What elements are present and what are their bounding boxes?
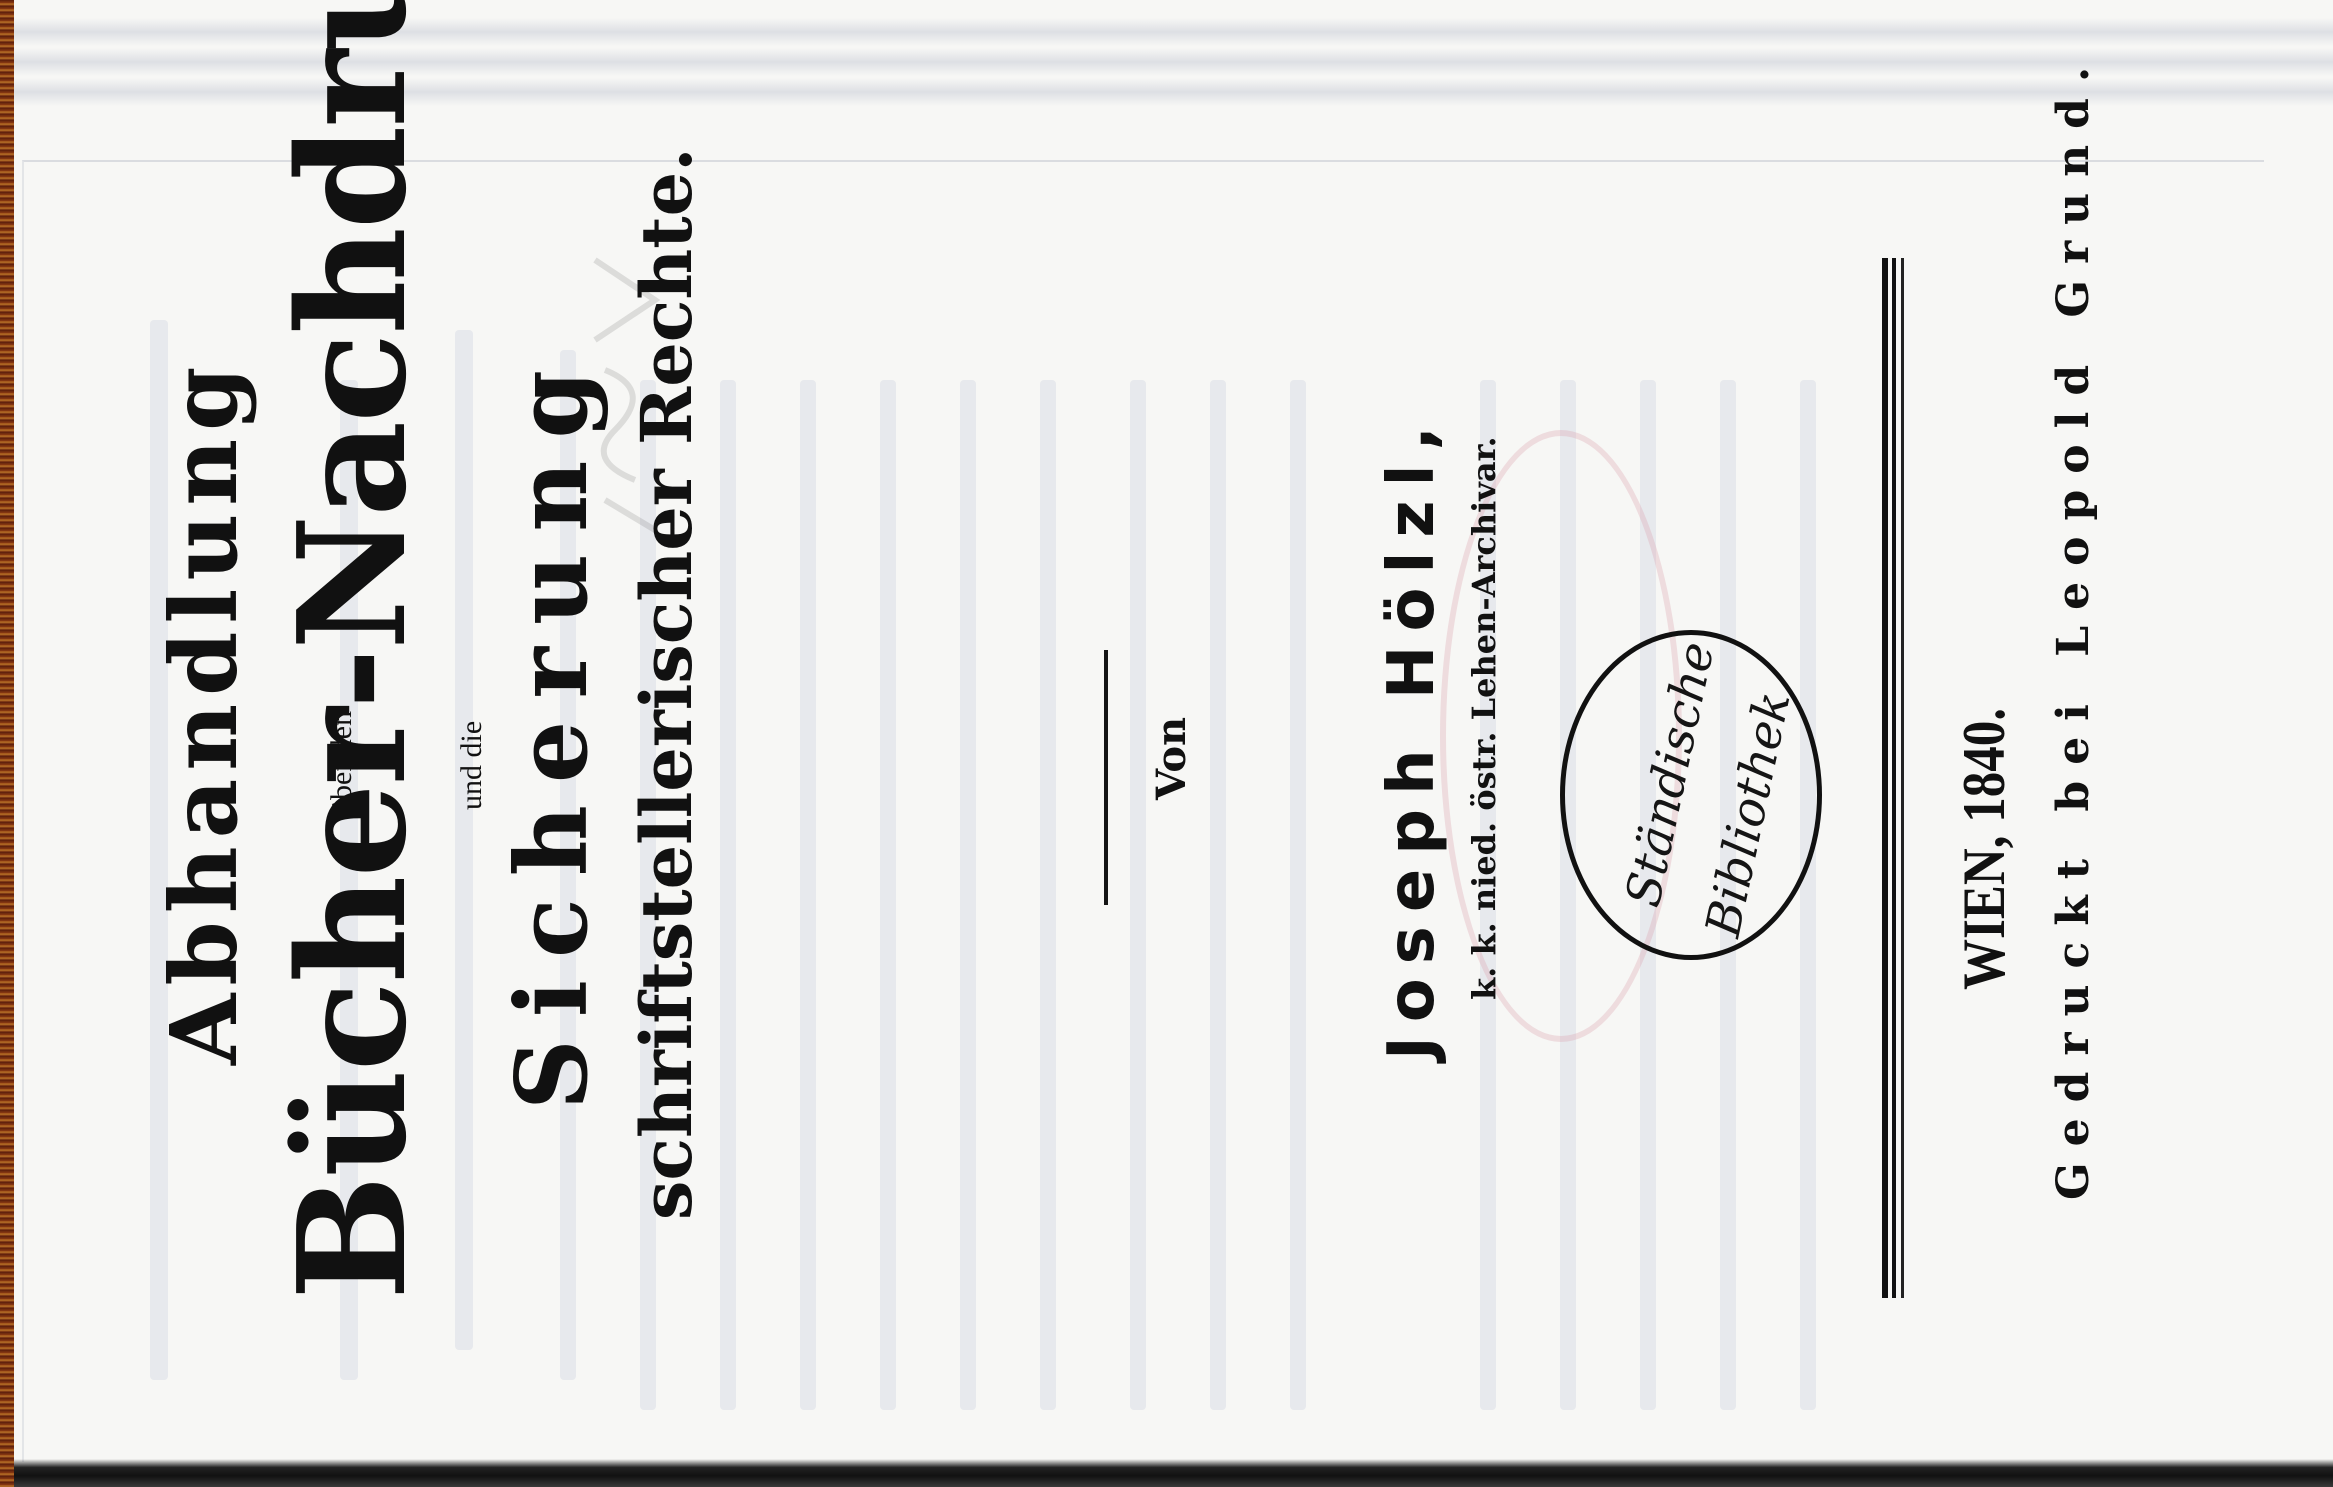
bleed-through-text <box>1800 380 1816 1410</box>
bleed-through-text <box>455 330 473 1350</box>
bleed-through-text <box>1130 380 1146 1410</box>
imprint-printer: Gedruckt bei Leopold Grund. <box>2048 51 2099 1200</box>
title-divider-rule <box>1104 650 1108 905</box>
bleed-through-text <box>1290 380 1306 1410</box>
scanned-title-page: Abhandlung über den Bücher-Nachdruck und… <box>0 0 2333 1487</box>
author-name: Joseph Hölzl, <box>1375 412 1449 1060</box>
title-buecher-nachdruck: Bücher-Nachdruck <box>265 0 439 1300</box>
bleed-through-text <box>800 380 816 1410</box>
title-abhandlung: Abhandlung <box>150 359 258 1065</box>
book-binding-edge <box>0 0 14 1487</box>
bleed-through-text <box>720 380 736 1410</box>
double-rule <box>1882 258 1904 1298</box>
bleed-through-text <box>1040 380 1056 1410</box>
page-bottom-edge <box>14 1459 2333 1487</box>
stamp-text-line-2: Bibliothek <box>1695 687 1801 942</box>
title-sicherung: Sicherung <box>495 348 610 1110</box>
byline-von: Von <box>1148 717 1195 800</box>
title-schriftstellerischer-rechte: schriftstellerischer Rechte. <box>625 148 708 1221</box>
bleed-through-text <box>880 380 896 1410</box>
bleed-through-text <box>1210 380 1226 1410</box>
title-und-die: und die <box>455 721 489 810</box>
bleed-through-text <box>960 380 976 1410</box>
imprint-place-year: WIEN, 1840. <box>1950 708 2019 990</box>
library-stamp: Ständische Bibliothek <box>1560 630 1822 960</box>
author-title: k. k. nied. östr. Lehen-Archivar. <box>1465 436 1503 1000</box>
